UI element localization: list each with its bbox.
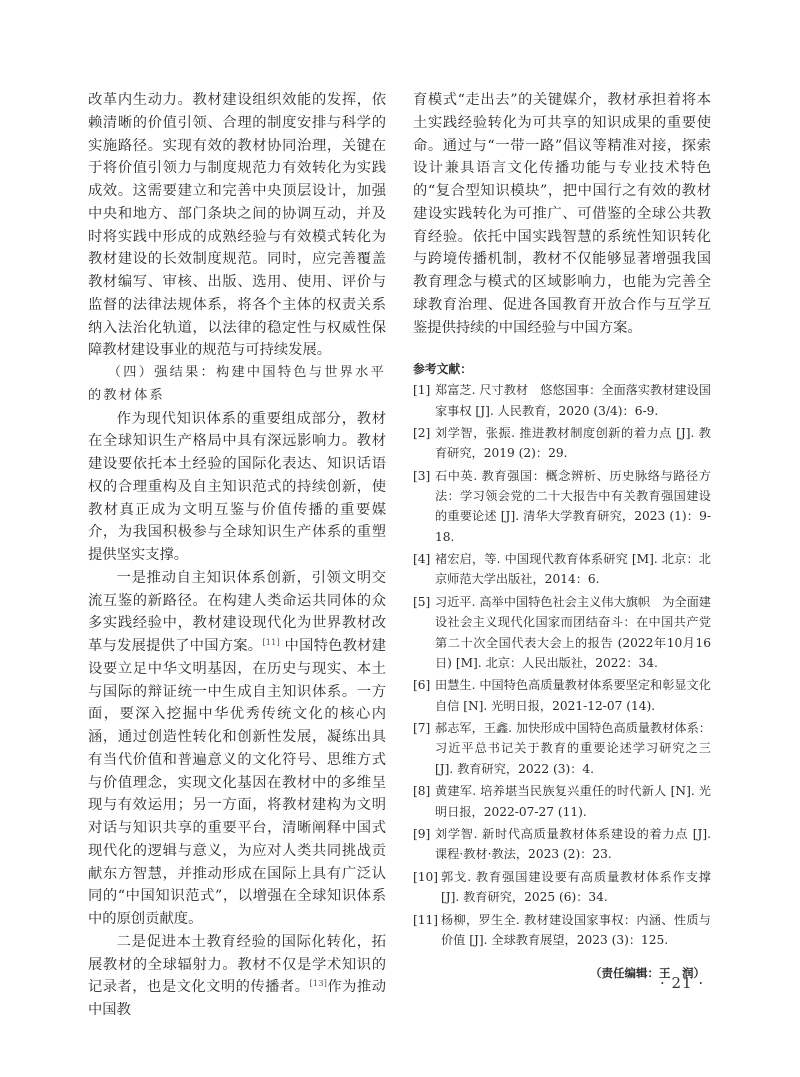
reference-text: 刘学智. 新时代高质量教材体系建设的着力点 [J]. 课程·教材·教法，2023… [435, 824, 711, 865]
reference-text: 田慧生. 中国特色高质量教材体系要坚定和彰显文化自信 [N]. 光明日报，202… [435, 675, 711, 716]
reference-item: [10]郭戈. 教育强国建设要有高质量教材体系作支撑 [J]. 教育研究，202… [413, 867, 711, 908]
reference-text: 郭戈. 教育强国建设要有高质量教材体系作支撑 [J]. 教育研究，2025 (6… [441, 867, 711, 908]
reference-number: [8] [413, 781, 435, 822]
body-paragraph: 作为现代知识体系的重要组成部分，教材在全球知识生产格局中具有深远影响力。教材建设… [88, 408, 386, 567]
reference-text: 石中英. 教育强国：概念辨析、历史脉络与路径方法：学习领会党的二十大报告中有关教… [435, 466, 711, 547]
section-heading: （四）强结果：构建中国特色与世界水平的教材体系 [88, 362, 386, 408]
reference-number: [5] [413, 592, 435, 673]
reference-item: [3]石中英. 教育强国：概念辨析、历史脉络与路径方法：学习领会党的二十大报告中… [413, 466, 711, 547]
reference-text: 褚宏启，等. 中国现代教育体系研究 [M]. 北京：北京师范大学出版社，2014… [435, 549, 711, 590]
reference-number: [11] [413, 910, 441, 951]
body-paragraph: 一是推动自主知识体系创新，引领文明交流互鉴的新路径。在构建人类命运共同体的众多实… [88, 567, 386, 931]
body-paragraph: 二是促进本土教育经验的国际化转化，拓展教材的全球辐射力。教材不仅是学术知识的记录… [88, 931, 386, 1022]
reference-item: [5]习近平. 高举中国特色社会主义伟大旗帜 为全面建设社会主义现代化国家而团结… [413, 592, 711, 673]
paragraph-text: 中国特色教材建设要立足中华文明基因，在历史与现实、本土与国际的辩证统一中生成自主… [88, 638, 386, 927]
reference-number: [9] [413, 824, 435, 865]
body-paragraph: 育模式“走出去”的关键媒介，教材承担着将本土实践经验转化为可共享的知识成果的重要… [413, 89, 711, 339]
reference-number: [7] [413, 718, 435, 779]
reference-item: [7]郝志军，王鑫. 加快形成中国特色高质量教材体系：习近平总书记关于教育的重要… [413, 718, 711, 779]
reference-number: [2] [413, 423, 435, 464]
reference-item: [6]田慧生. 中国特色高质量教材体系要坚定和彰显文化自信 [N]. 光明日报，… [413, 675, 711, 716]
reference-text: 黄建军. 培养堪当民族复兴重任的时代新人 [N]. 光明日报，2022-07-2… [435, 781, 711, 822]
reference-item: [1]郑富芝. 尺寸教材 悠悠国事：全面落实教材建设国家事权 [J]. 人民教育… [413, 380, 711, 421]
reference-number: [1] [413, 380, 435, 421]
reference-number: [6] [413, 675, 435, 716]
page-number: · 21 · [660, 974, 704, 992]
reference-item: [4]褚宏启，等. 中国现代教育体系研究 [M]. 北京：北京师范大学出版社，2… [413, 549, 711, 590]
reference-item: [11]杨柳，罗生全. 教材建设国家事权：内涵、性质与价值 [J]. 全球教育展… [413, 910, 711, 951]
reference-number: [10] [413, 867, 441, 908]
body-paragraph: 改革内生动力。教材建设组织效能的发挥，依赖清晰的价值引领、合理的制度安排与科学的… [88, 89, 386, 362]
reference-item: [2]刘学智，张振. 推进教材制度创新的着力点 [J]. 教育研究，2019 (… [413, 423, 711, 464]
reference-item: [8]黄建军. 培养堪当民族复兴重任的时代新人 [N]. 光明日报，2022-0… [413, 781, 711, 822]
reference-text: 习近平. 高举中国特色社会主义伟大旗帜 为全面建设社会主义现代化国家而团结奋斗：… [435, 592, 711, 673]
reference-text: 郝志军，王鑫. 加快形成中国特色高质量教材体系：习近平总书记关于教育的重要论述学… [435, 718, 711, 779]
reference-number: [4] [413, 549, 435, 590]
reference-number: [3] [413, 466, 435, 547]
reference-text: 杨柳，罗生全. 教材建设国家事权：内涵、性质与价值 [J]. 全球教育展望，20… [441, 910, 711, 951]
citation-marker[interactable]: [11] [262, 638, 279, 648]
right-column: 育模式“走出去”的关键媒介，教材承担着将本土实践经验转化为可共享的知识成果的重要… [413, 89, 711, 985]
reference-item: [9]刘学智. 新时代高质量教材体系建设的着力点 [J]. 课程·教材·教法，2… [413, 824, 711, 865]
citation-marker[interactable]: [13] [309, 979, 326, 989]
reference-text: 刘学智，张振. 推进教材制度创新的着力点 [J]. 教育研究，2019 (2)：… [435, 423, 711, 464]
reference-list: [1]郑富芝. 尺寸教材 悠悠国事：全面落实教材建设国家事权 [J]. 人民教育… [413, 380, 711, 950]
reference-text: 郑富芝. 尺寸教材 悠悠国事：全面落实教材建设国家事权 [J]. 人民教育，20… [435, 380, 711, 421]
left-column: 改革内生动力。教材建设组织效能的发挥，依赖清晰的价值引领、合理的制度安排与科学的… [88, 89, 386, 1022]
references-heading: 参考文献： [413, 358, 711, 380]
